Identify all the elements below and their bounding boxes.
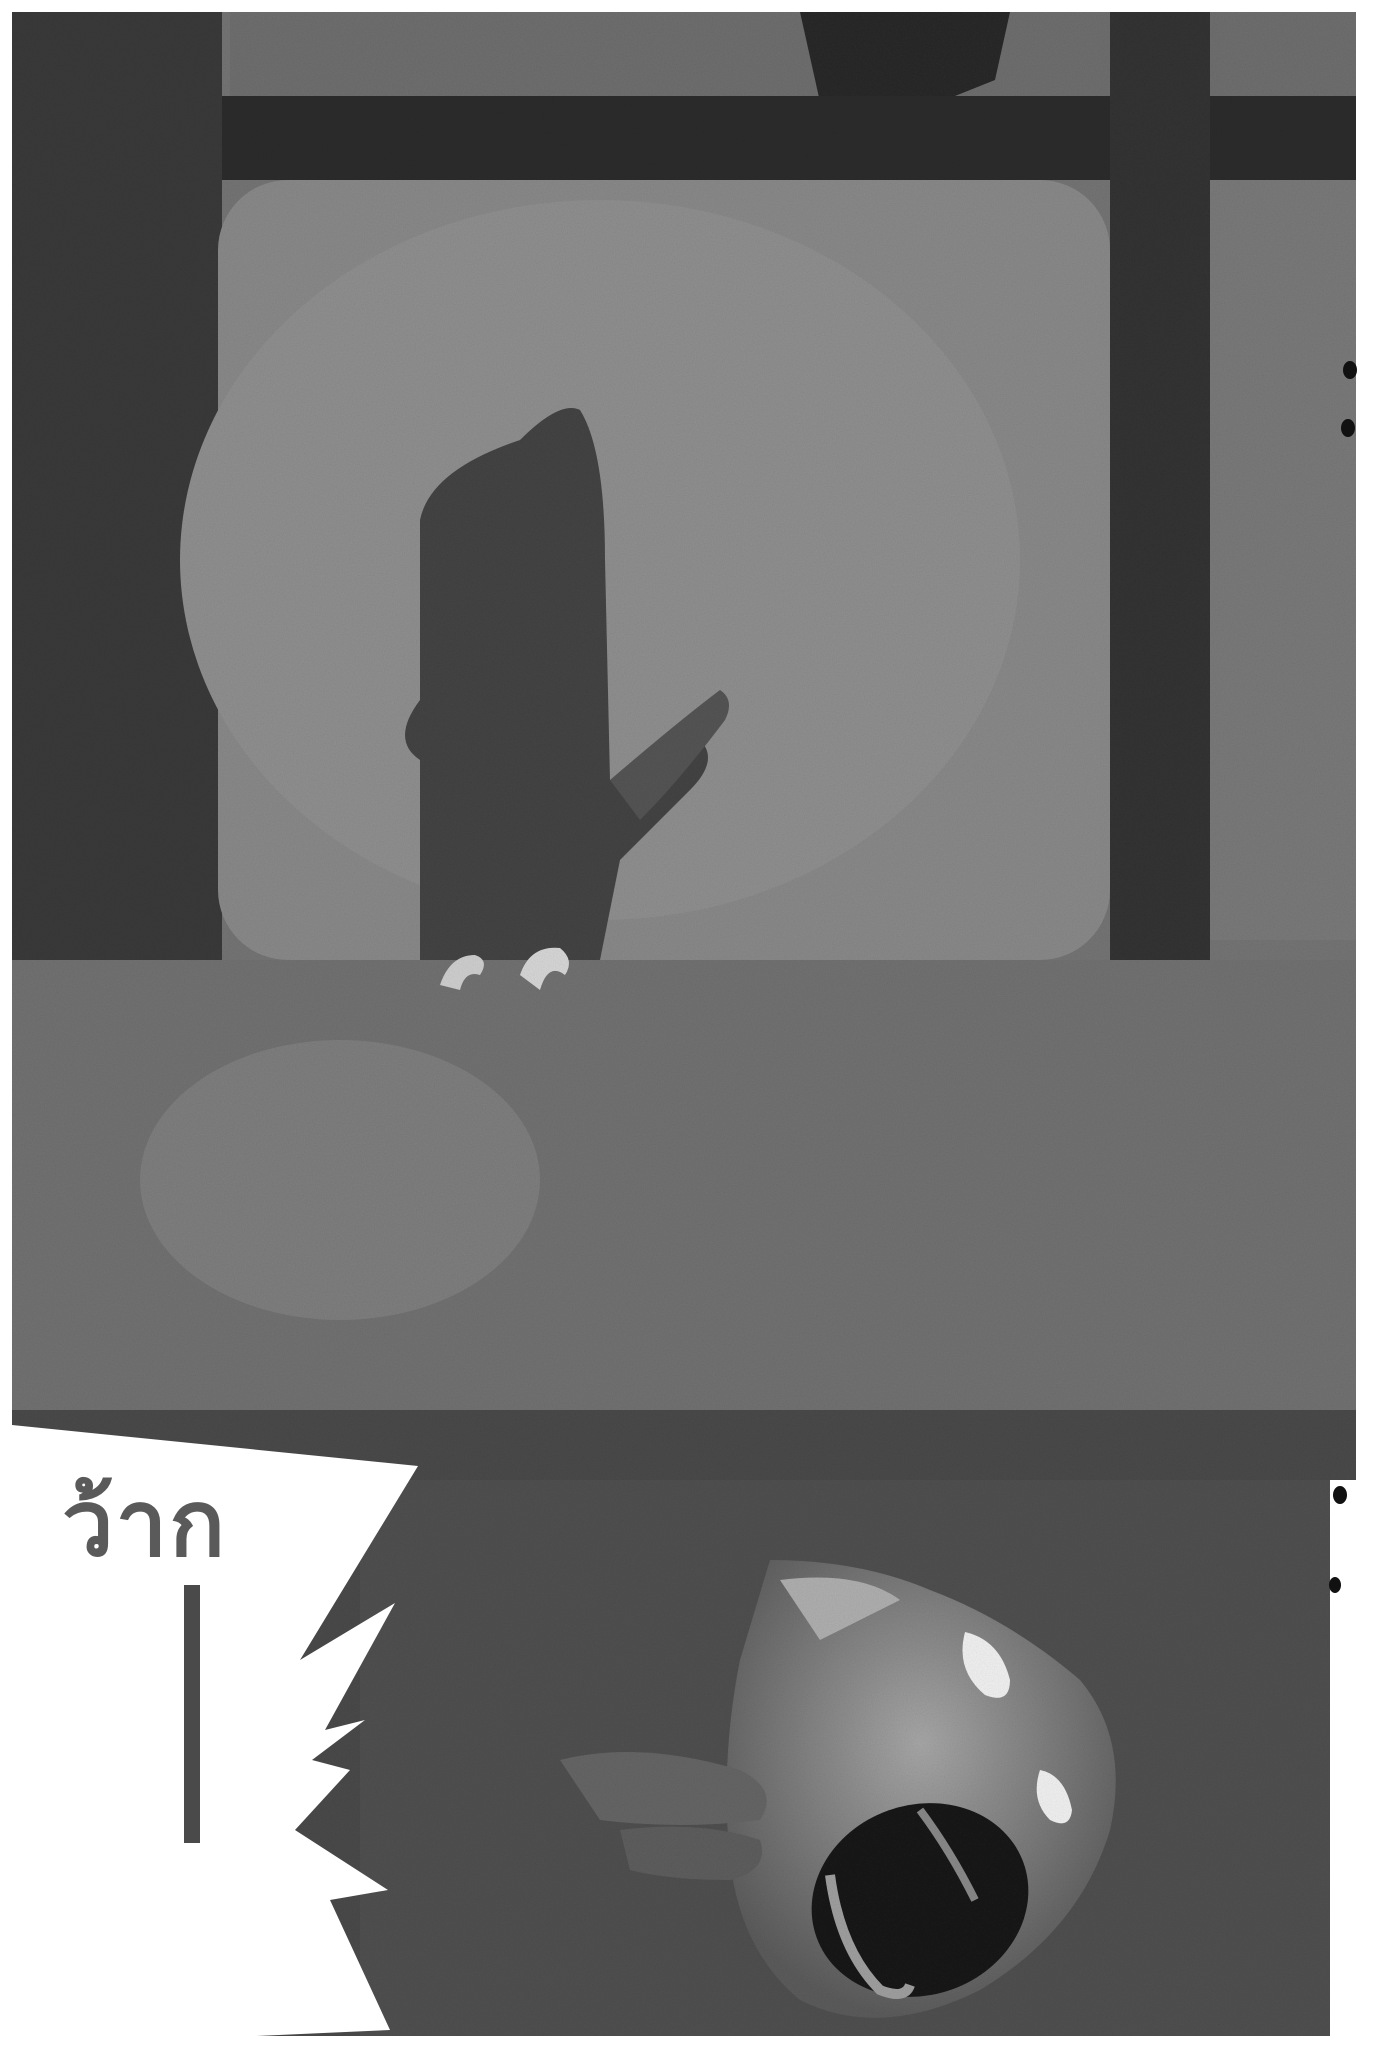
manga-page: ว้าก — [0, 0, 1386, 2047]
sfx-text: ว้าก — [62, 1478, 227, 1570]
sfx-dash — [184, 1585, 200, 1843]
manga-artwork — [0, 0, 1386, 2047]
